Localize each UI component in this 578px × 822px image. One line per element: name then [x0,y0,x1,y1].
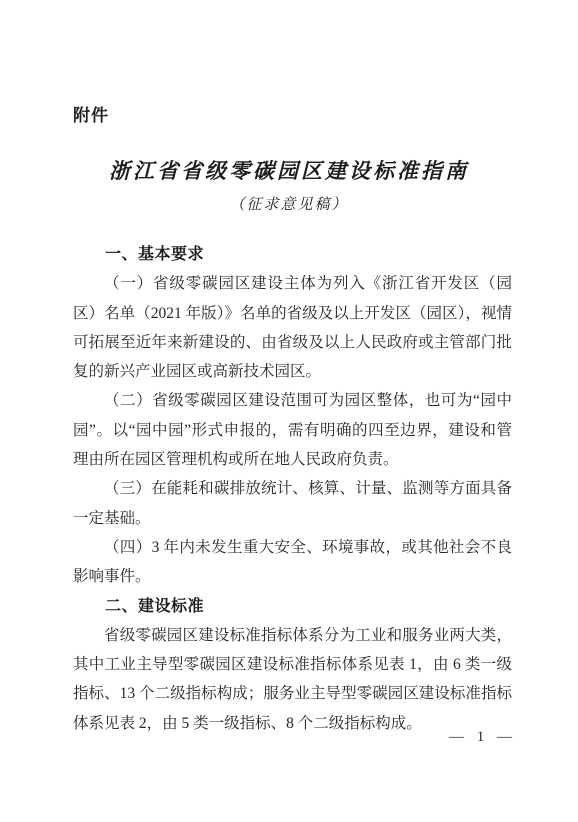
paragraph-indicator-system: 省级零碳园区建设标准指标体系分为工业和服务业两大类，其中工业主导型零碳园区建设标… [73,621,512,738]
attachment-label: 附件 [73,101,109,126]
section-heading-basic-requirements: 一、基本要求 [73,240,512,269]
page-number: — 1 — [449,729,512,746]
paragraph-eligible-entities: （一）省级零碳园区建设主体为列入《浙江省开发区（园区）名单（2021 年版）》名… [73,269,512,386]
document-subtitle: （征求意见稿） [0,193,578,214]
paragraph-construction-scope: （二）省级零碳园区建设范围可为园区整体，也可为“园中园”。以“园中园”形式申报的… [73,386,512,474]
document-body: 一、基本要求 （一）省级零碳园区建设主体为列入《浙江省开发区（园区）名单（202… [73,240,512,738]
section-heading-construction-standards: 二、建设标准 [73,592,512,621]
paragraph-no-accidents: （四）3 年内未发生重大安全、环境事故，或其他社会不良影响事件。 [73,533,512,592]
document-title: 浙江省省级零碳园区建设标准指南 [0,155,578,185]
document-page: 附件 浙江省省级零碳园区建设标准指南 （征求意见稿） 一、基本要求 （一）省级零… [0,0,578,822]
paragraph-monitoring-basis: （三）在能耗和碳排放统计、核算、计量、监测等方面具备一定基础。 [73,474,512,533]
